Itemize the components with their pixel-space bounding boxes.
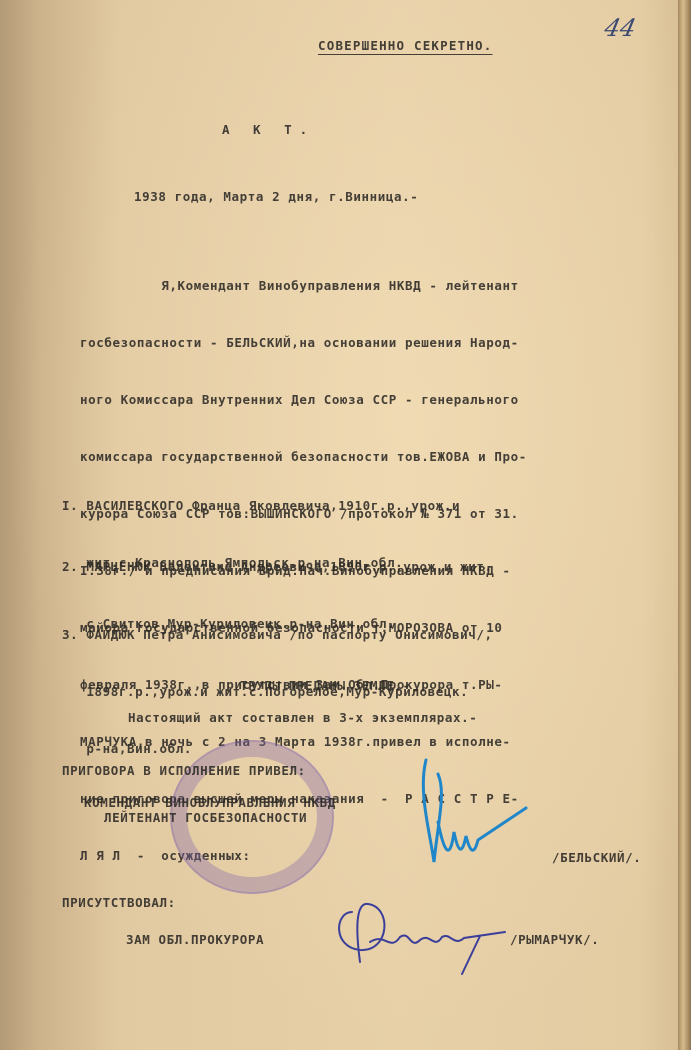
copies-note: Настоящий акт составлен в 3-х экземпляра…: [128, 708, 477, 727]
present-label: ПРИСУТСТВОВАЛ:: [62, 893, 176, 912]
body-line: госбезопасности - БЕЛЬСКИЙ,на основании …: [80, 333, 680, 352]
entry-line: I. ВАСИЛЕВСКОГО Франца Яковлевича,1910г.…: [62, 496, 662, 515]
folio-number: 44: [602, 14, 638, 42]
document-title: А К Т.: [222, 120, 315, 139]
classification-header: СОВЕРШЕННО СЕКРЕТНО.: [318, 36, 493, 55]
commandant-name: /БЕЛЬСКИЙ/.: [552, 848, 641, 867]
burial-note: ТРУПЫ ПРЕДАНЫ ЗЕМЛЕ.-: [240, 676, 411, 695]
entry-line: р-на,Вин.обл.: [62, 739, 662, 758]
entry-line: 2. МАРЦЕНЮК Валентина Андреевича,1890г.р…: [62, 557, 662, 576]
document-page: СОВЕРШЕННО СЕКРЕТНО. 44 А К Т. 1938 года…: [0, 0, 678, 1050]
executed-by-label: ПРИГОВОРА В ИСПОЛНЕНИЕ ПРИВЕЛ:: [62, 761, 306, 780]
body-line: ного Комиссара Внутренних Дел Союза ССР …: [80, 390, 680, 409]
dateline: 1938 года, Марта 2 дня, г.Винница.-: [134, 187, 418, 206]
signature-rymarchuk: [330, 892, 520, 977]
body-line: Я,Комендант Винобуправления НКВД - лейте…: [80, 276, 680, 295]
signature-belsky: [408, 752, 538, 872]
deputy-prosecutor-name: /РЫМАРЧУК/.: [510, 930, 599, 949]
entry-line: 3. ФАЙДЮК Петра Анисимовича /по паспорту…: [62, 625, 662, 644]
deputy-prosecutor-title: ЗАМ ОБЛ.ПРОКУРОРА: [126, 930, 264, 949]
commandant-rank: ЛЕЙТЕНАНТ ГОСБЕЗОПАСНОСТИ: [104, 808, 307, 827]
page-edge: [678, 0, 691, 1050]
